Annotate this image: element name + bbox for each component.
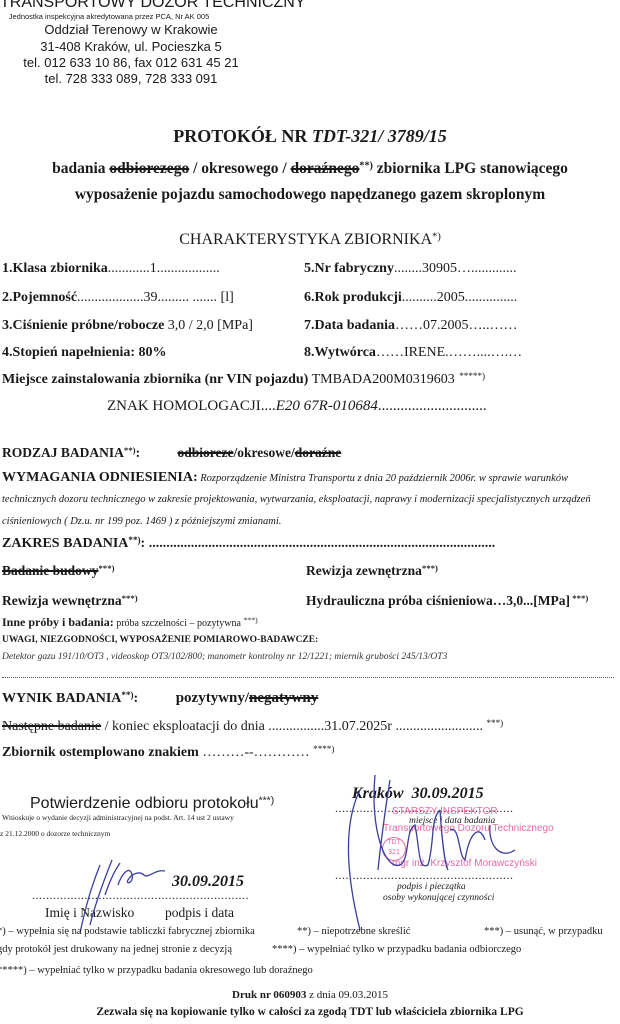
field-tank-class: 1.Klasa zbiornika............1..........… <box>2 261 220 277</box>
dots: ............................. <box>378 398 487 414</box>
result-row: WYNIK BADANIA**): pozytywny/negatywny <box>2 690 318 707</box>
next-exam-value: / koniec eksploatacji do dnia ..........… <box>101 719 486 734</box>
remarks-row: UWAGI, NIEZGODNOŚCI, WYPOSAŻENIE POMIARO… <box>2 635 318 645</box>
vin-row: Miejsce zainstalowania zbiornika (nr VIN… <box>2 372 485 388</box>
signature-stamp-line: ........................................… <box>335 868 514 883</box>
scope-label: ZAKRES BADANIA <box>2 536 128 551</box>
footnote-ref: *****) <box>455 371 485 381</box>
exam-type-label: RODZAJ BADANIA <box>2 445 124 460</box>
field-label: 6.Rok produkcji <box>304 290 402 305</box>
scope-row: ZAKRES BADANIA**): .....................… <box>2 536 495 552</box>
address: 31-408 Kraków, ul. Pocieszka 5 <box>0 39 262 54</box>
remarks-label: UWAGI, NIEZGODNOŚCI, WYPOSAŻENIE POMIARO… <box>2 635 315 645</box>
requirements-row: WYMAGANIA ODNIESIENIA: Rozporządzenie Mi… <box>2 470 568 486</box>
field-value: ……07.2005…..…… <box>395 318 518 333</box>
field-label: 8.Wytwórca <box>304 345 376 360</box>
print-date: z dnia 09.03.2015 <box>306 989 388 1001</box>
footnote-ref: ***) <box>98 563 114 573</box>
subtitle-suffix: zbiornika LPG stanowiącego <box>373 160 568 177</box>
field-value: ............1.................. <box>108 261 220 276</box>
footnote-5: *****) – wypełniać tylko w przypadku bad… <box>0 965 313 976</box>
colon: : <box>134 691 139 706</box>
field-value: ...................39......... ....... [… <box>77 290 234 305</box>
scope-item-external: Rewizja zewnętrzna***) <box>306 563 438 579</box>
field-label: 3.Ciśnienie próbne/robocze <box>2 318 164 333</box>
homologation-row: ZNAK HOMOLOGACJI....E20 67R-010684......… <box>107 398 487 415</box>
name-caption: Imię i Nazwisko <box>45 905 134 921</box>
org-name: TRANSPORTOWY DOZOR TECHNICZNY <box>0 0 262 12</box>
other-tests-value: próba szczelności – pozytywna <box>114 618 244 629</box>
scope-item-construction: Badanie budowy***) <box>2 563 115 579</box>
struck-option: negatywny <box>249 690 318 706</box>
colon: : <box>136 445 141 460</box>
vin-label: Miejsce zainstalowania zbiornika (nr VIN… <box>2 372 308 387</box>
remarks-value: Detektor gazu 191/10/OT3 , videoskop OT3… <box>2 652 447 662</box>
field-value: ..........2005............... <box>402 290 518 305</box>
field-pressure: 3.Ciśnienie próbne/robocze 3,0 / 2,0 [MP… <box>2 318 253 334</box>
colon: : <box>315 635 318 645</box>
dotted-divider <box>2 677 614 678</box>
requirements-text-2: technicznych dozoru technicznego w zakre… <box>2 494 591 505</box>
field-value: 3,0 / 2,0 [MPa] <box>164 318 253 333</box>
struck-option: doraźnego <box>291 160 360 177</box>
requirements-text-3: ciśnieniowych ( Dz.u. nr 199 poz. 1469 )… <box>2 516 281 527</box>
request-line-1: Wnioskuje o wydanie decyzji administracy… <box>2 813 234 822</box>
subtitle-line-2: wyposażenie pojazdu samochodowego napędz… <box>0 186 620 204</box>
characteristics-heading: CHARAKTERYSTYKA ZBIORNIKA*) <box>0 231 620 249</box>
footnote-ref: ***) <box>570 593 588 603</box>
protocol-label: PROTOKÓŁ NR <box>173 126 312 146</box>
footnote-ref: ***) <box>486 718 503 728</box>
subtitle-mid: / okresowego / <box>189 160 290 177</box>
request-line-2: z 21.12.2000 o dozorze technicznym <box>0 829 110 838</box>
heading-text: Potwierdzenie odbioru protokołu <box>30 795 259 812</box>
accreditation: Jednostka inspekcyjna akredytowana przez… <box>0 12 218 21</box>
footnote-ref: **) <box>128 535 140 545</box>
sign-stamp-caption-2: osoby wykonującej czynności <box>383 893 494 903</box>
field-label: 1.Klasa zbiornika <box>2 261 108 276</box>
homologation-value: E20 67R-010684 <box>276 398 378 414</box>
stamp-org: Transportowego Dozoru Technicznego <box>383 823 554 834</box>
stamped-value: ………--………… <box>199 745 313 760</box>
subtitle-prefix: badania <box>52 160 109 177</box>
footnote-ref: **) <box>359 160 372 171</box>
scope-item-label: Badanie budowy <box>2 563 98 578</box>
sign-stamp-caption: podpis i pieczątka <box>397 882 466 892</box>
requirements-label: WYMAGANIA ODNIESIENIA: <box>2 470 198 485</box>
protocol-title: PROTOKÓŁ NR TDT-321/ 3789/15 <box>0 126 620 147</box>
footnote-ref: ****) <box>313 744 334 754</box>
protocol-number: TDT-321/ 3789/15 <box>312 126 447 146</box>
footnote-4: ****) – wypełniać tylko w przypadku bada… <box>272 944 521 955</box>
subtitle-line-1: badania odbiorezego / okresowego / doraź… <box>0 160 620 178</box>
result-positive: pozytywny/ <box>176 690 249 706</box>
exam-type-row: RODZAJ BADANIA**): odbioreze/okresowe/do… <box>2 445 341 461</box>
field-fill-level: 4.Stopień napełnienia: 80% <box>2 345 167 361</box>
requirements-text: Rozporządzenie Ministra Transportu z dni… <box>198 473 568 484</box>
field-manufacturer: 8.Wytwórca……IRENE.……....….… <box>304 345 522 361</box>
footnote-1: *) – wypełnia się na podstawie tabliczki… <box>0 926 255 937</box>
scope-item-label: Hydrauliczna próba ciśnieniowa…3,0...[MP… <box>306 593 570 608</box>
signature-line: ........................................… <box>32 888 249 903</box>
vin-value: TMBADA200M0319603 <box>308 372 454 387</box>
footnote-3-cont: gdy protokół jest drukowany na jednej st… <box>0 944 232 955</box>
footnote-ref: ***) <box>259 795 275 806</box>
heading-text: CHARAKTERYSTYKA ZBIORNIKA <box>179 231 432 248</box>
footnote-ref: *) <box>432 231 441 242</box>
struck-option: Następne badanie <box>2 719 101 734</box>
scope-item-hydraulic: Hydrauliczna próba ciśnieniowa…3,0...[MP… <box>306 593 588 609</box>
stamped-row: Zbiornik ostemplowano znakiem ………--………… … <box>2 745 334 761</box>
footnote-ref: **) <box>121 690 133 700</box>
scope-item-label: Rewizja zewnętrzna <box>306 563 422 578</box>
footnote-ref: ***) <box>243 616 257 625</box>
branch-name: Oddział Terenowy w Krakowie <box>0 22 262 37</box>
field-value: ........30905…............. <box>394 261 517 276</box>
footnote-3: ***) – usunąć, w przypadku <box>484 926 603 937</box>
stamped-label: Zbiornik ostemplowano znakiem <box>2 745 199 760</box>
scope-item-label: Rewizja wewnętrzna <box>2 593 122 608</box>
field-label: 7.Data badania <box>304 318 395 333</box>
footnote-ref: ***) <box>422 563 438 573</box>
field-label: 5.Nr fabryczny <box>304 261 394 276</box>
field-label: 2.Pojemność <box>2 290 77 305</box>
struck-option: odbioreze <box>177 445 233 460</box>
struck-option: doraźne <box>295 445 342 460</box>
field-value: ……IRENE.……....….… <box>376 345 522 360</box>
scope-item-internal: Rewizja wewnętrzna***) <box>2 593 138 609</box>
exam-type-value: /okresowe/ <box>233 445 294 460</box>
field-serial-number: 5.Nr fabryczny........30905…............… <box>304 261 516 277</box>
footnote-2: **) – niepotrzebne skreślić <box>297 926 410 937</box>
result-label: WYNIK BADANIA <box>2 691 121 706</box>
field-label: 4.Stopień napełnienia: 80% <box>2 345 167 360</box>
struck-option: odbiorezego <box>109 160 189 177</box>
confirmation-heading: Potwierdzenie odbioru protokołu***) <box>30 795 274 813</box>
other-tests-row: Inne próby i badania: próba szczelności … <box>2 615 258 630</box>
field-capacity: 2.Pojemność...................39........… <box>2 290 234 306</box>
phone-fax: tel. 012 633 10 86, fax 012 631 45 21 <box>0 55 262 70</box>
print-label: Druk nr 060903 <box>232 989 306 1001</box>
homologation-label: ZNAK HOMOLOGACJI.... <box>107 398 276 414</box>
phones: tel. 728 333 089, 728 333 091 <box>0 71 262 86</box>
sign-caption: podpis i data <box>165 905 234 921</box>
next-exam-row: Następne badanie / koniec eksploatacji d… <box>2 719 503 735</box>
print-info: Druk nr 060903 z dnia 09.03.2015 <box>0 989 620 1001</box>
dots: : ......................................… <box>141 536 496 551</box>
footnote-ref: **) <box>124 445 136 455</box>
other-tests-label: Inne próby i badania: <box>2 615 114 629</box>
footnote-ref: ***) <box>122 593 138 603</box>
field-production-year: 6.Rok produkcji..........2005...........… <box>304 290 517 306</box>
copy-notice: Zezwala się na kopiowanie tylko w całośc… <box>0 1006 620 1018</box>
field-exam-date: 7.Data badania……07.2005…..…… <box>304 318 518 334</box>
